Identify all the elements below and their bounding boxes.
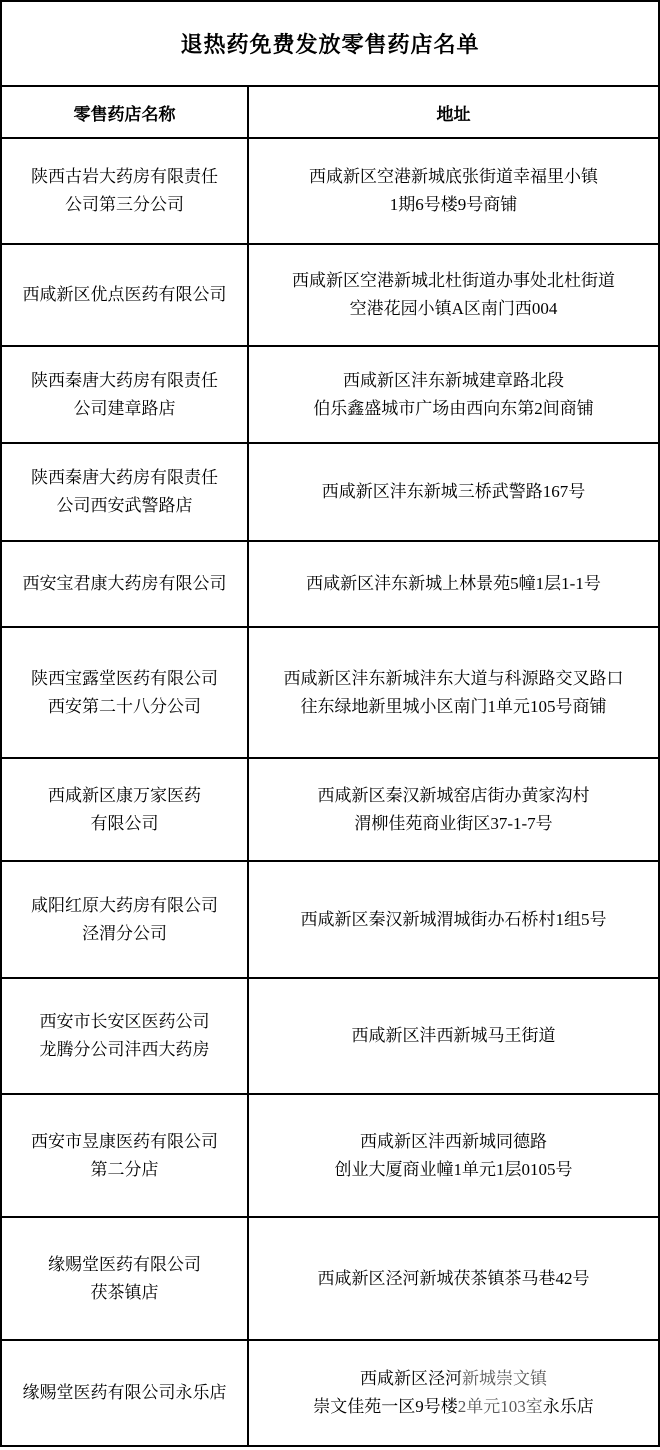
- pharmacy-address-cell: 西咸新区秦汉新城窑店街办黄家沟村渭柳佳苑商业街区37-1-7号: [248, 758, 659, 861]
- table-row: 咸阳红原大药房有限公司泾渭分公司 西咸新区秦汉新城渭城街办石桥村1组5号: [1, 861, 659, 978]
- pharmacy-address-line: 西咸新区沣东新城三桥武警路167号: [255, 478, 652, 506]
- pharmacy-address-cell: 西咸新区秦汉新城渭城街办石桥村1组5号: [248, 861, 659, 978]
- pharmacy-address-line: 西咸新区秦汉新城窑店街办黄家沟村: [255, 782, 652, 810]
- pharmacy-address-cell: 西咸新区沣西新城马王街道: [248, 978, 659, 1094]
- pharmacy-name-line: 公司建章路店: [8, 395, 241, 423]
- pharmacy-address-cell: 西咸新区空港新城北杜街道办事处北杜街道空港花园小镇A区南门西004: [248, 244, 659, 346]
- address-segment: 往东绿地新里城小区南门1单元105号商铺: [301, 697, 607, 716]
- pharmacy-table: 退热药免费发放零售药店名单 零售药店名称 地址 陕西古岩大药房有限责任公司第三分…: [0, 0, 660, 1447]
- page-title: 退热药免费发放零售药店名单: [1, 1, 659, 86]
- pharmacy-name-line: 西咸新区康万家医药: [8, 782, 241, 810]
- table-row: 西咸新区优点医药有限公司 西咸新区空港新城北杜街道办事处北杜街道空港花园小镇A区…: [1, 244, 659, 346]
- pharmacy-address-line: 空港花园小镇A区南门西004: [255, 295, 652, 323]
- pharmacy-name-line: 茯茶镇店: [8, 1279, 241, 1307]
- pharmacy-table-body: 陕西古岩大药房有限责任公司第三分公司 西咸新区空港新城底张街道幸福里小镇1期6号…: [1, 138, 659, 1446]
- pharmacy-address-line: 西咸新区空港新城底张街道幸福里小镇: [255, 163, 652, 191]
- pharmacy-name-cell: 陕西秦唐大药房有限责任公司西安武警路店: [1, 443, 248, 541]
- pharmacy-name-cell: 陕西秦唐大药房有限责任公司建章路店: [1, 346, 248, 443]
- pharmacy-name-cell: 西安宝君康大药房有限公司: [1, 541, 248, 627]
- pharmacy-address-line: 西咸新区秦汉新城渭城街办石桥村1组5号: [255, 906, 652, 934]
- pharmacy-name-line: 陕西古岩大药房有限责任: [8, 163, 241, 191]
- address-segment: 西咸新区泾河新城茯茶镇茶马巷42号: [318, 1269, 590, 1288]
- pharmacy-name-cell: 陕西宝露堂医药有限公司西安第二十八分公司: [1, 627, 248, 758]
- table-row: 西咸新区康万家医药有限公司 西咸新区秦汉新城窑店街办黄家沟村渭柳佳苑商业街区37…: [1, 758, 659, 861]
- pharmacy-list-document: 退热药免费发放零售药店名单 零售药店名称 地址 陕西古岩大药房有限责任公司第三分…: [0, 0, 660, 1450]
- address-segment: 西咸新区沣西新城同德路: [360, 1132, 547, 1151]
- pharmacy-name-line: 咸阳红原大药房有限公司: [8, 892, 241, 920]
- pharmacy-name-line: 公司西安武警路店: [8, 492, 241, 520]
- address-segment: 西咸新区秦汉新城窑店街办黄家沟村: [318, 786, 590, 805]
- pharmacy-address-cell: 西咸新区空港新城底张街道幸福里小镇1期6号楼9号商铺: [248, 138, 659, 244]
- pharmacy-name-line: 第二分店: [8, 1156, 241, 1184]
- address-segment: 2单元103室: [458, 1397, 543, 1416]
- pharmacy-name-line: 西咸新区优点医药有限公司: [8, 281, 241, 309]
- address-segment: 西咸新区沣东新城沣东大道与科源路交叉路口: [284, 669, 624, 688]
- address-segment: 西咸新区空港新城北杜街道办事处北杜街道: [292, 271, 615, 290]
- pharmacy-name-line: 公司第三分公司: [8, 191, 241, 219]
- table-row: 缘赐堂医药有限公司永乐店 西咸新区泾河新城崇文镇崇文佳苑一区9号楼2单元103室…: [1, 1340, 659, 1446]
- pharmacy-name-line: 西安宝君康大药房有限公司: [8, 570, 241, 598]
- column-header-pharmacy-name: 零售药店名称: [1, 86, 248, 138]
- pharmacy-name-line: 龙腾分公司沣西大药房: [8, 1036, 241, 1064]
- pharmacy-address-cell: 西咸新区泾河新城崇文镇崇文佳苑一区9号楼2单元103室永乐店: [248, 1340, 659, 1446]
- pharmacy-address-line: 伯乐鑫盛城市广场由西向东第2间商铺: [255, 395, 652, 423]
- pharmacy-address-cell: 西咸新区沣东新城建章路北段伯乐鑫盛城市广场由西向东第2间商铺: [248, 346, 659, 443]
- pharmacy-name-line: 西安第二十八分公司: [8, 693, 241, 721]
- table-row: 西安宝君康大药房有限公司 西咸新区沣东新城上林景苑5幢1层1-1号: [1, 541, 659, 627]
- address-segment: 崇文佳苑一区9号楼: [313, 1397, 458, 1416]
- pharmacy-address-line: 西咸新区沣东新城上林景苑5幢1层1-1号: [255, 570, 652, 598]
- table-row: 西安市长安区医药公司龙腾分公司沣西大药房 西咸新区沣西新城马王街道: [1, 978, 659, 1094]
- address-segment: 新城崇文镇: [462, 1369, 547, 1388]
- pharmacy-name-line: 有限公司: [8, 810, 241, 838]
- address-segment: 西咸新区泾河: [360, 1369, 462, 1388]
- pharmacy-name-cell: 咸阳红原大药房有限公司泾渭分公司: [1, 861, 248, 978]
- column-header-address: 地址: [248, 86, 659, 138]
- table-row: 西安市昱康医药有限公司第二分店 西咸新区沣西新城同德路创业大厦商业幢1单元1层0…: [1, 1094, 659, 1217]
- table-row: 陕西秦唐大药房有限责任公司建章路店 西咸新区沣东新城建章路北段伯乐鑫盛城市广场由…: [1, 346, 659, 443]
- table-row: 陕西古岩大药房有限责任公司第三分公司 西咸新区空港新城底张街道幸福里小镇1期6号…: [1, 138, 659, 244]
- pharmacy-name-line: 缘赐堂医药有限公司: [8, 1251, 241, 1279]
- pharmacy-name-cell: 西咸新区康万家医药有限公司: [1, 758, 248, 861]
- address-segment: 西咸新区空港新城底张街道幸福里小镇: [309, 167, 598, 186]
- pharmacy-address-cell: 西咸新区泾河新城茯茶镇茶马巷42号: [248, 1217, 659, 1340]
- pharmacy-address-line: 渭柳佳苑商业街区37-1-7号: [255, 810, 652, 838]
- pharmacy-address-line: 西咸新区沣西新城马王街道: [255, 1022, 652, 1050]
- pharmacy-name-cell: 西安市昱康医药有限公司第二分店: [1, 1094, 248, 1217]
- pharmacy-name-line: 泾渭分公司: [8, 920, 241, 948]
- pharmacy-name-cell: 缘赐堂医药有限公司茯茶镇店: [1, 1217, 248, 1340]
- pharmacy-address-line: 往东绿地新里城小区南门1单元105号商铺: [255, 693, 652, 721]
- pharmacy-address-cell: 西咸新区沣东新城上林景苑5幢1层1-1号: [248, 541, 659, 627]
- address-segment: 创业大厦商业幢1单元1层0105号: [335, 1160, 573, 1179]
- title-row: 退热药免费发放零售药店名单: [1, 1, 659, 86]
- pharmacy-name-line: 陕西宝露堂医药有限公司: [8, 665, 241, 693]
- table-row: 陕西宝露堂医药有限公司西安第二十八分公司 西咸新区沣东新城沣东大道与科源路交叉路…: [1, 627, 659, 758]
- address-segment: 1期6号楼9号商铺: [390, 195, 518, 214]
- column-header-row: 零售药店名称 地址: [1, 86, 659, 138]
- pharmacy-address-line: 创业大厦商业幢1单元1层0105号: [255, 1156, 652, 1184]
- address-segment: 西咸新区沣东新城三桥武警路167号: [322, 482, 586, 501]
- pharmacy-name-line: 西安市长安区医药公司: [8, 1008, 241, 1036]
- pharmacy-address-line: 西咸新区沣东新城沣东大道与科源路交叉路口: [255, 665, 652, 693]
- pharmacy-address-line: 崇文佳苑一区9号楼2单元103室永乐店: [255, 1393, 652, 1421]
- pharmacy-address-line: 西咸新区沣东新城建章路北段: [255, 367, 652, 395]
- pharmacy-name-line: 陕西秦唐大药房有限责任: [8, 367, 241, 395]
- pharmacy-address-cell: 西咸新区沣东新城沣东大道与科源路交叉路口往东绿地新里城小区南门1单元105号商铺: [248, 627, 659, 758]
- pharmacy-address-line: 西咸新区空港新城北杜街道办事处北杜街道: [255, 267, 652, 295]
- pharmacy-name-line: 缘赐堂医药有限公司永乐店: [8, 1379, 241, 1407]
- pharmacy-address-line: 西咸新区沣西新城同德路: [255, 1128, 652, 1156]
- pharmacy-name-line: 西安市昱康医药有限公司: [8, 1128, 241, 1156]
- address-segment: 西咸新区沣东新城上林景苑5幢1层1-1号: [306, 574, 601, 593]
- address-segment: 永乐店: [543, 1397, 594, 1416]
- pharmacy-name-line: 陕西秦唐大药房有限责任: [8, 464, 241, 492]
- pharmacy-address-cell: 西咸新区沣西新城同德路创业大厦商业幢1单元1层0105号: [248, 1094, 659, 1217]
- address-segment: 伯乐鑫盛城市广场由西向东第2间商铺: [313, 399, 594, 418]
- address-segment: 西咸新区沣西新城马王街道: [352, 1026, 556, 1045]
- table-row: 缘赐堂医药有限公司茯茶镇店 西咸新区泾河新城茯茶镇茶马巷42号: [1, 1217, 659, 1340]
- pharmacy-name-cell: 陕西古岩大药房有限责任公司第三分公司: [1, 138, 248, 244]
- address-segment: 空港花园小镇A区南门西004: [350, 299, 558, 318]
- address-segment: 西咸新区秦汉新城渭城街办石桥村1组5号: [301, 910, 607, 929]
- pharmacy-address-line: 西咸新区泾河新城崇文镇: [255, 1365, 652, 1393]
- pharmacy-address-line: 西咸新区泾河新城茯茶镇茶马巷42号: [255, 1265, 652, 1293]
- table-row: 陕西秦唐大药房有限责任公司西安武警路店 西咸新区沣东新城三桥武警路167号: [1, 443, 659, 541]
- pharmacy-address-cell: 西咸新区沣东新城三桥武警路167号: [248, 443, 659, 541]
- pharmacy-address-line: 1期6号楼9号商铺: [255, 191, 652, 219]
- pharmacy-name-cell: 西安市长安区医药公司龙腾分公司沣西大药房: [1, 978, 248, 1094]
- pharmacy-name-cell: 西咸新区优点医药有限公司: [1, 244, 248, 346]
- pharmacy-name-cell: 缘赐堂医药有限公司永乐店: [1, 1340, 248, 1446]
- address-segment: 西咸新区沣东新城建章路北段: [343, 371, 564, 390]
- address-segment: 渭柳佳苑商业街区37-1-7号: [354, 814, 552, 833]
